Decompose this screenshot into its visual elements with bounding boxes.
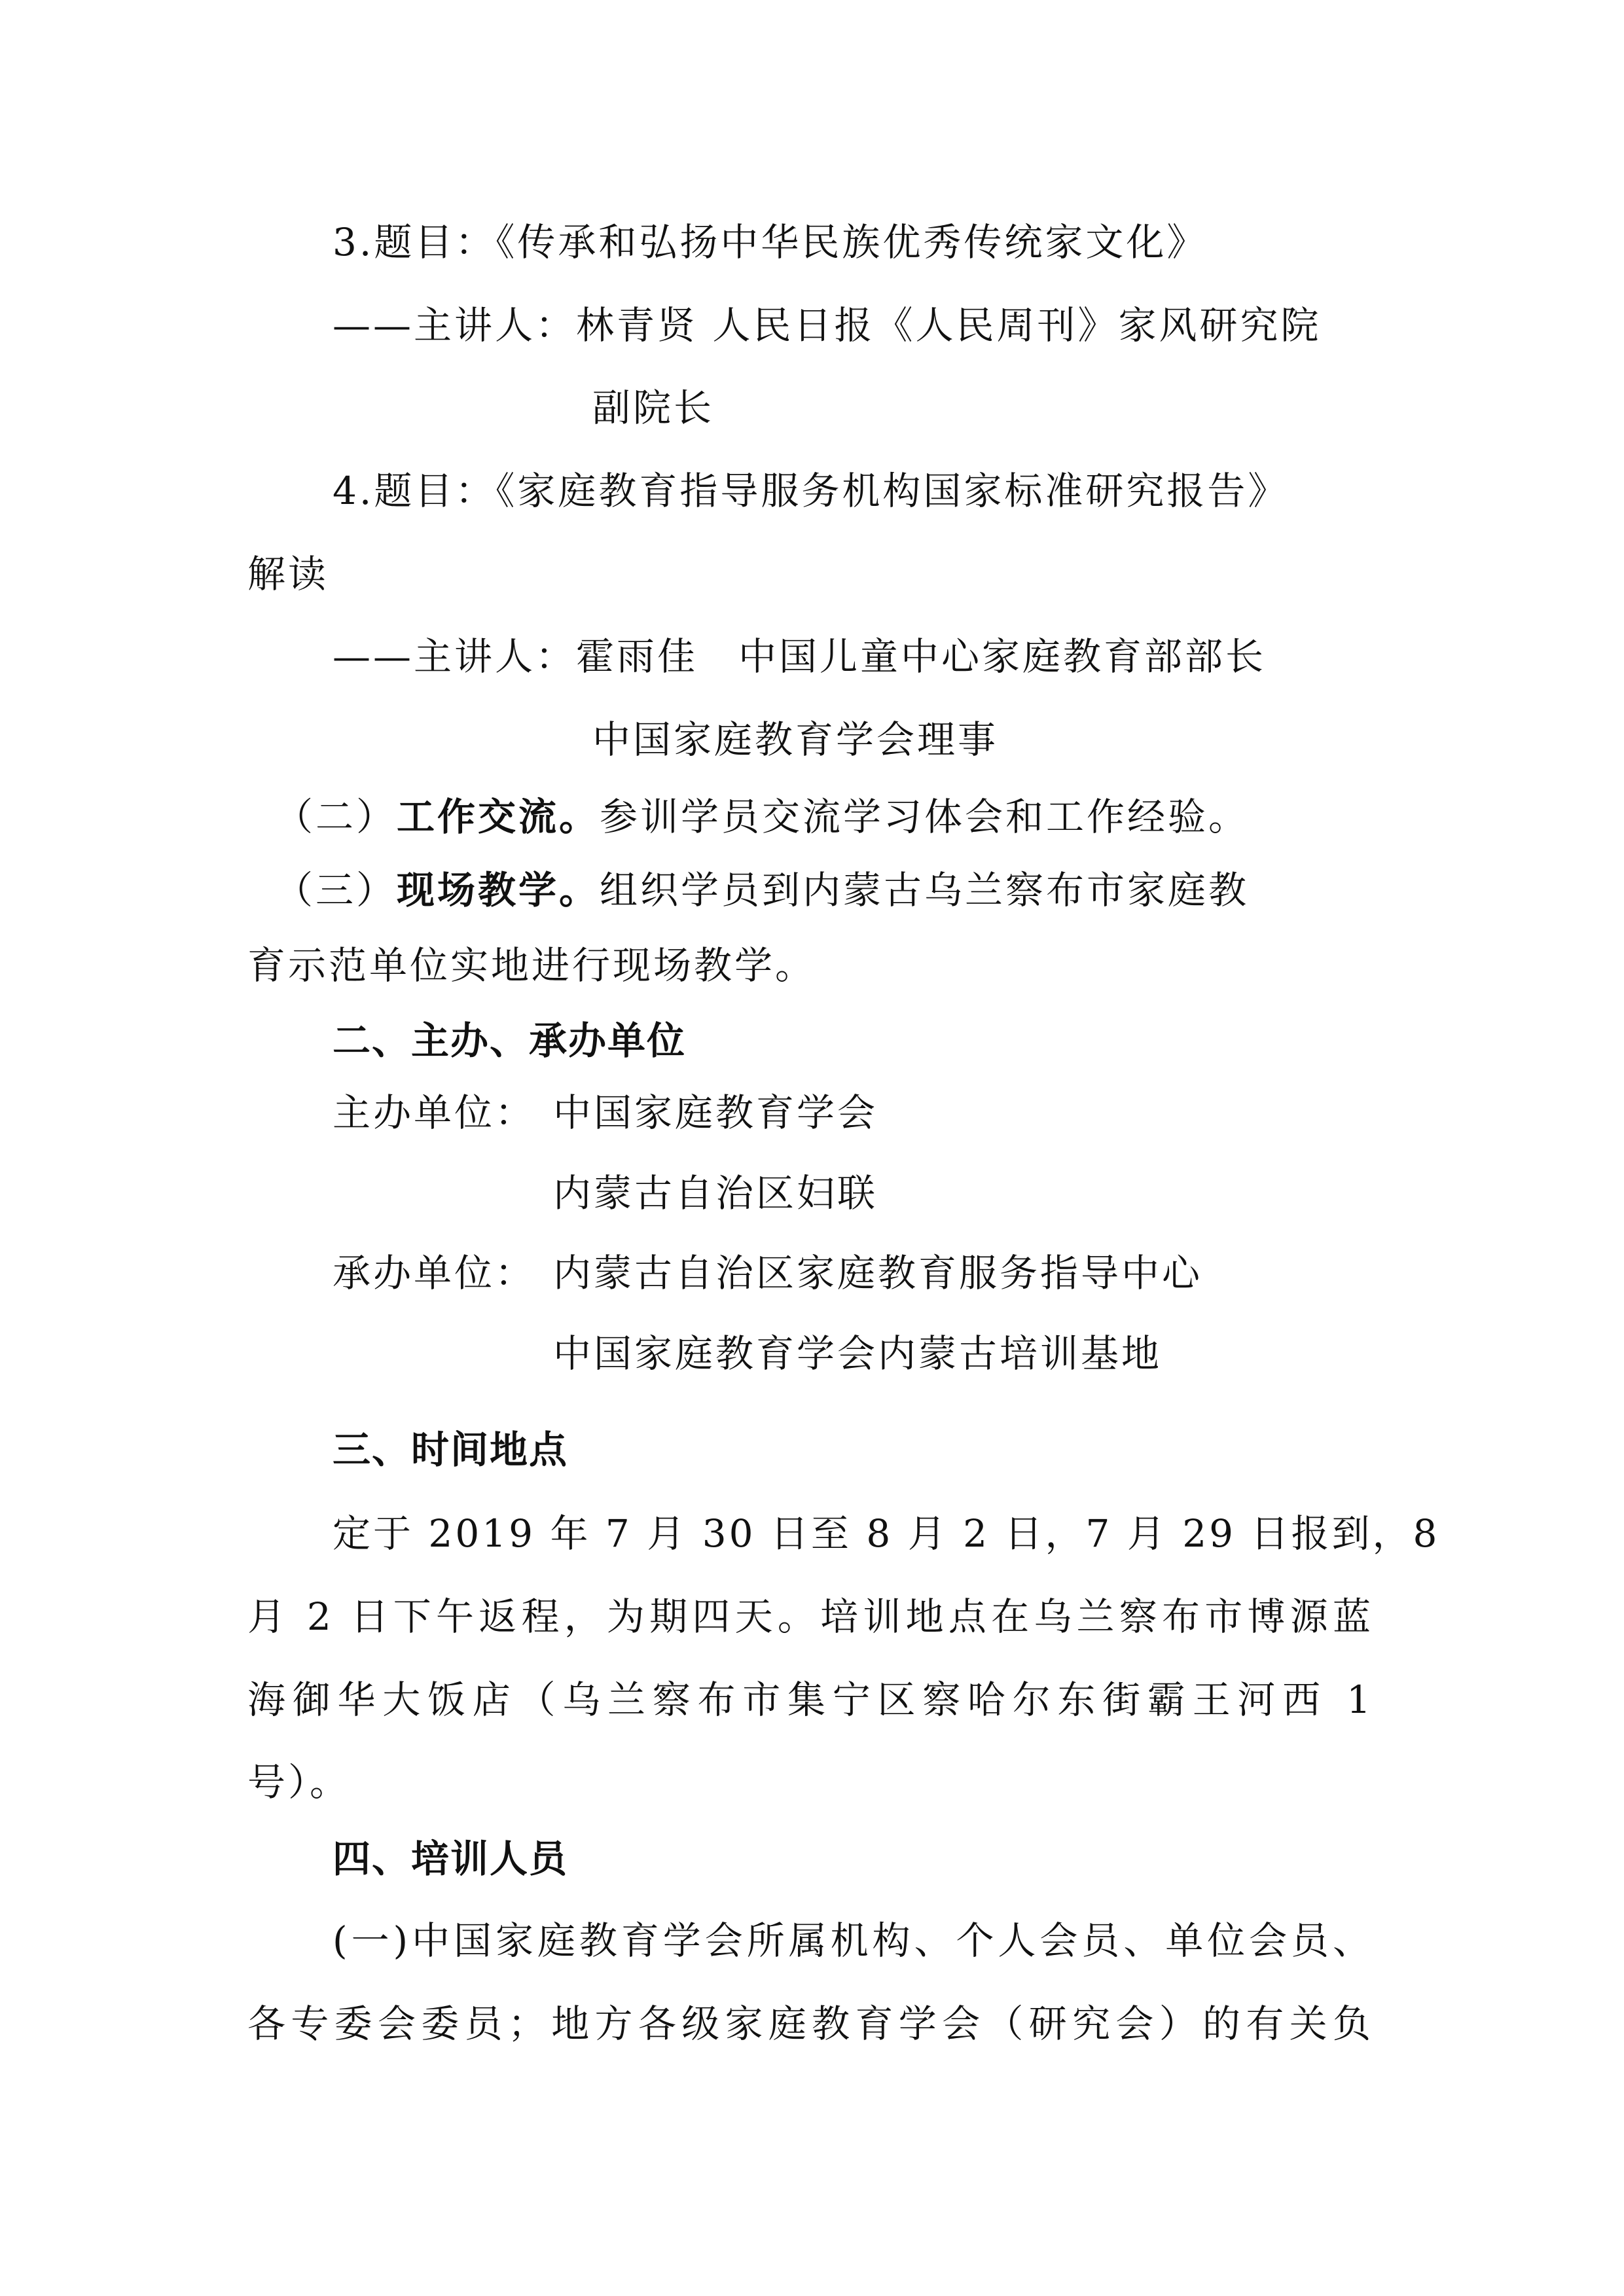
lecture-3-speaker: ——主讲人：林青贤 人民日报《人民周刊》家风研究院 bbox=[333, 302, 1321, 348]
exchange-prefix: （二） bbox=[275, 795, 397, 839]
lecture-3-title: 3.题目：《传承和弘扬中华民族优秀传统家文化》 bbox=[333, 219, 1207, 265]
section-4-heading: 四、培训人员 bbox=[333, 1836, 568, 1882]
host-1: 中国家庭教育学会 bbox=[553, 1090, 878, 1136]
organizer-1: 内蒙古自治区家庭教育服务指导中心 bbox=[553, 1250, 1202, 1296]
section-2-heading: 二、主办、承办单位 bbox=[333, 1018, 686, 1064]
section-3-line-3: 海御华大饭店（乌兰察布市集宁区察哈尔东街霸王河西 1 bbox=[247, 1677, 1373, 1723]
section-3-line-1: 定于 2019 年 7 月 30 日至 8 月 2 日，7 月 29 日报到，8 bbox=[333, 1511, 1373, 1556]
exchange-label: 工作交流。 bbox=[397, 795, 600, 839]
field-teaching-cont: 育示范单位实地进行现场教学。 bbox=[247, 942, 816, 988]
section-3-heading: 三、时间地点 bbox=[333, 1427, 568, 1473]
section-4-line-1: (一)中国家庭教育学会所属机构、个人会员、单位会员、 bbox=[333, 1918, 1373, 1964]
document-page: 3.题目：《传承和弘扬中华民族优秀传统家文化》 ——主讲人：林青贤 人民日报《人… bbox=[0, 0, 1624, 2296]
lecture-4-title-cont: 解读 bbox=[247, 551, 329, 597]
exchange-paragraph: （二）工作交流。参训学员交流学习体会和工作经验。 bbox=[275, 794, 1249, 840]
host-2: 内蒙古自治区妇联 bbox=[553, 1170, 878, 1216]
lecture-4-speaker: ——主讲人：霍雨佳 中国儿童中心家庭教育部部长 bbox=[333, 634, 1266, 679]
exchange-text: 参训学员交流学习体会和工作经验。 bbox=[600, 795, 1249, 839]
section-3-line-4: 号）。 bbox=[247, 1759, 350, 1805]
field-teaching-text: 组织学员到内蒙古乌兰察布市家庭教 bbox=[600, 868, 1249, 912]
section-4-line-2: 各专委会委员；地方各级家庭教育学会（研究会）的有关负 bbox=[247, 2001, 1373, 2047]
section-3-line-2: 月 2 日下午返程，为期四天。培训地点在乌兰察布市博源蓝 bbox=[247, 1594, 1373, 1640]
organizer-2: 中国家庭教育学会内蒙古培训基地 bbox=[553, 1331, 1162, 1376]
field-teaching-label: 现场教学。 bbox=[397, 868, 600, 912]
host-label: 主办单位： bbox=[333, 1090, 535, 1136]
field-teaching-paragraph: （三）现场教学。组织学员到内蒙古乌兰察布市家庭教 bbox=[275, 867, 1249, 913]
field-teaching-prefix: （三） bbox=[275, 868, 397, 912]
lecture-4-title: 4.题目：《家庭教育指导服务机构国家标准研究报告》 bbox=[333, 468, 1288, 514]
lecture-4-speaker-title: 中国家庭教育学会理事 bbox=[592, 717, 998, 762]
lecture-3-speaker-title: 副院长 bbox=[592, 385, 714, 431]
organizer-label: 承办单位： bbox=[333, 1250, 535, 1296]
